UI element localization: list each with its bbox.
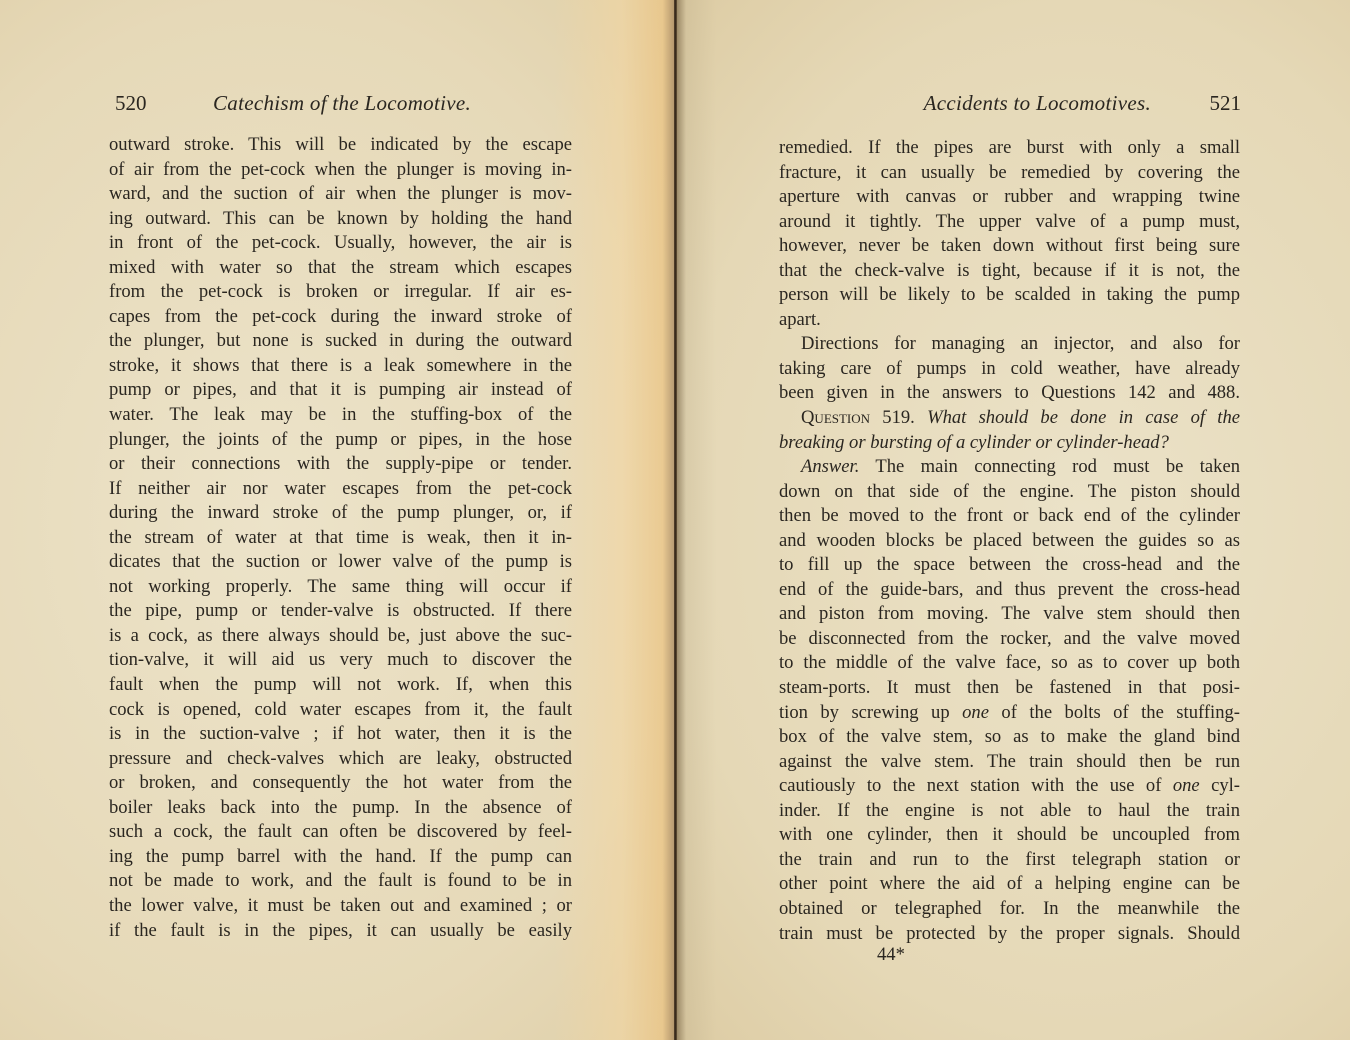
text-line: box of the valve stem, so as to make the…: [779, 725, 1240, 750]
text-line: and wooden blocks be placed between the …: [779, 529, 1240, 554]
text-line: boiler leaks back into the pump. In the …: [109, 796, 572, 821]
text-line: with one cylinder, then it should be unc…: [779, 823, 1240, 848]
text-line: then be moved to the front or back end o…: [779, 504, 1240, 529]
text-line: ward, and the suction of air when the pl…: [109, 182, 572, 207]
text-line: steam-ports. It must then be fastened in…: [779, 676, 1240, 701]
text-line: or their connections with the supply-pip…: [109, 452, 572, 477]
text-line: inder. If the engine is not able to haul…: [779, 799, 1240, 824]
page-number: 520: [115, 86, 147, 120]
text-line: cock is opened, cold water escapes from …: [109, 698, 572, 723]
text-fragment: cyl-: [1211, 775, 1240, 796]
text-line: in front of the pet-cock. Usually, howev…: [109, 231, 572, 256]
text-line: to the middle of the valve face, so as t…: [779, 651, 1240, 676]
text-line: is a cock, as there always should be, ju…: [109, 624, 572, 649]
text-line: fracture, it can usually be remedied by …: [779, 161, 1240, 186]
text-line: that the check-valve is tight, because i…: [779, 259, 1240, 284]
text-line: be disconnected from the rocker, and the…: [779, 627, 1240, 652]
text-line: other point where the aid of a helping e…: [779, 872, 1240, 897]
text-fragment: cautiously to the next station with the …: [779, 775, 1161, 796]
text-line: from the pet-cock is broken or irregular…: [109, 280, 572, 305]
left-page-header: 520 Catechism of the Locomotive.: [115, 86, 585, 120]
text-line: around it tightly. The upper valve of a …: [779, 210, 1240, 235]
text-line: remedied. If the pipes are burst with on…: [779, 136, 1240, 161]
text-line: end of the guide-bars, and thus prevent …: [779, 578, 1240, 603]
right-page-header: Accidents to Locomotives. 521: [776, 86, 1241, 120]
text-line: is in the suction-valve ; if hot water, …: [109, 722, 572, 747]
text-line: fault when the pump will not work. If, w…: [109, 673, 572, 698]
text-line: the plunger, but none is sucked in durin…: [109, 329, 572, 354]
question-label: Question 519.: [801, 407, 915, 428]
text-line: however, never be taken down without fir…: [779, 234, 1240, 259]
text-line: of air from the pet-cock when the plunge…: [109, 158, 572, 183]
question-line: breaking or bursting of a cylinder or cy…: [779, 431, 1240, 456]
text-line: aperture with canvas or rubber and wrapp…: [779, 185, 1240, 210]
emphasis: one: [962, 702, 989, 723]
text-line: the lower valve, it must be taken out an…: [109, 894, 572, 919]
signature-mark: 44*: [877, 944, 905, 966]
text-line: to fill up the space between the cross-h…: [779, 553, 1240, 578]
text-line: or broken, and consequently the hot wate…: [109, 771, 572, 796]
text-line: not working properly. The same thing wil…: [109, 575, 572, 600]
text-line: such a cock, the fault can often be disc…: [109, 820, 572, 845]
text-line: cautiously to the next station with the …: [779, 774, 1240, 799]
text-line: obtained or telegraphed for. In the mean…: [779, 897, 1240, 922]
text-line: down on that side of the engine. The pis…: [779, 480, 1240, 505]
text-line: against the valve stem. The train should…: [779, 750, 1240, 775]
running-head: Catechism of the Locomotive.: [213, 86, 471, 120]
text-line: apart.: [779, 308, 1240, 333]
text-line: person will be likely to be scalded in t…: [779, 283, 1240, 308]
text-line: mixed with water so that the stream whic…: [109, 256, 572, 281]
text-line: ing outward. This can be known by holdin…: [109, 207, 572, 232]
text-fragment: of the bolts of the stuffing-: [1001, 702, 1240, 723]
right-page: Accidents to Locomotives. 521 remedied. …: [676, 0, 1350, 1040]
text-line: pump or pipes, and that it is pumping ai…: [109, 378, 572, 403]
answer-text: The main connecting rod must be taken: [875, 456, 1240, 477]
text-line: pressure and check-valves which are leak…: [109, 747, 572, 772]
text-line: the pipe, pump or tender-valve is obstru…: [109, 599, 572, 624]
text-line: the stream of water at that time is weak…: [109, 526, 572, 551]
text-line: and piston from moving. The valve stem s…: [779, 602, 1240, 627]
text-line: taking care of pumps in cold weather, ha…: [779, 357, 1240, 382]
answer-line: Answer. The main connecting rod must be …: [779, 455, 1240, 480]
emphasis: one: [1173, 775, 1200, 796]
left-page: 520 Catechism of the Locomotive. outward…: [0, 0, 676, 1040]
right-page-body: remedied. If the pipes are burst with on…: [779, 136, 1240, 946]
text-line: capes from the pet-cock during the inwar…: [109, 305, 572, 330]
text-line: stroke, it shows that there is a leak so…: [109, 354, 572, 379]
text-line: Directions for managing an injector, and…: [779, 332, 1240, 357]
page-number: 521: [1210, 86, 1242, 120]
text-line: ing the pump barrel with the hand. If th…: [109, 845, 572, 870]
text-line: If neither air nor water escapes from th…: [109, 477, 572, 502]
text-line: outward stroke. This will be indicated b…: [109, 133, 572, 158]
text-line: train must be protected by the proper si…: [779, 922, 1240, 947]
running-head: Accidents to Locomotives.: [924, 86, 1151, 120]
text-line: tion by screwing up one of the bolts of …: [779, 701, 1240, 726]
book-gutter: [674, 0, 677, 1040]
text-line: not be made to work, and the fault is fo…: [109, 869, 572, 894]
answer-label: Answer.: [801, 456, 859, 477]
text-line: if the fault is in the pipes, it can usu…: [109, 919, 572, 944]
text-line: tion-valve, it will aid us very much to …: [109, 648, 572, 673]
question-text: What should be done in case of the: [927, 407, 1240, 428]
left-page-body: outward stroke. This will be indicated b…: [109, 133, 572, 943]
text-line: water. The leak may be in the stuffing-b…: [109, 403, 572, 428]
text-line: plunger, the joints of the pump or pipes…: [109, 428, 572, 453]
text-fragment: tion by screwing up: [779, 702, 950, 723]
text-line: dicates that the suction or lower valve …: [109, 550, 572, 575]
text-line: the train and run to the first telegraph…: [779, 848, 1240, 873]
text-line: been given in the answers to Questions 1…: [779, 381, 1240, 406]
question-line: Question 519. What should be done in cas…: [779, 406, 1240, 431]
text-line: during the inward stroke of the pump plu…: [109, 501, 572, 526]
